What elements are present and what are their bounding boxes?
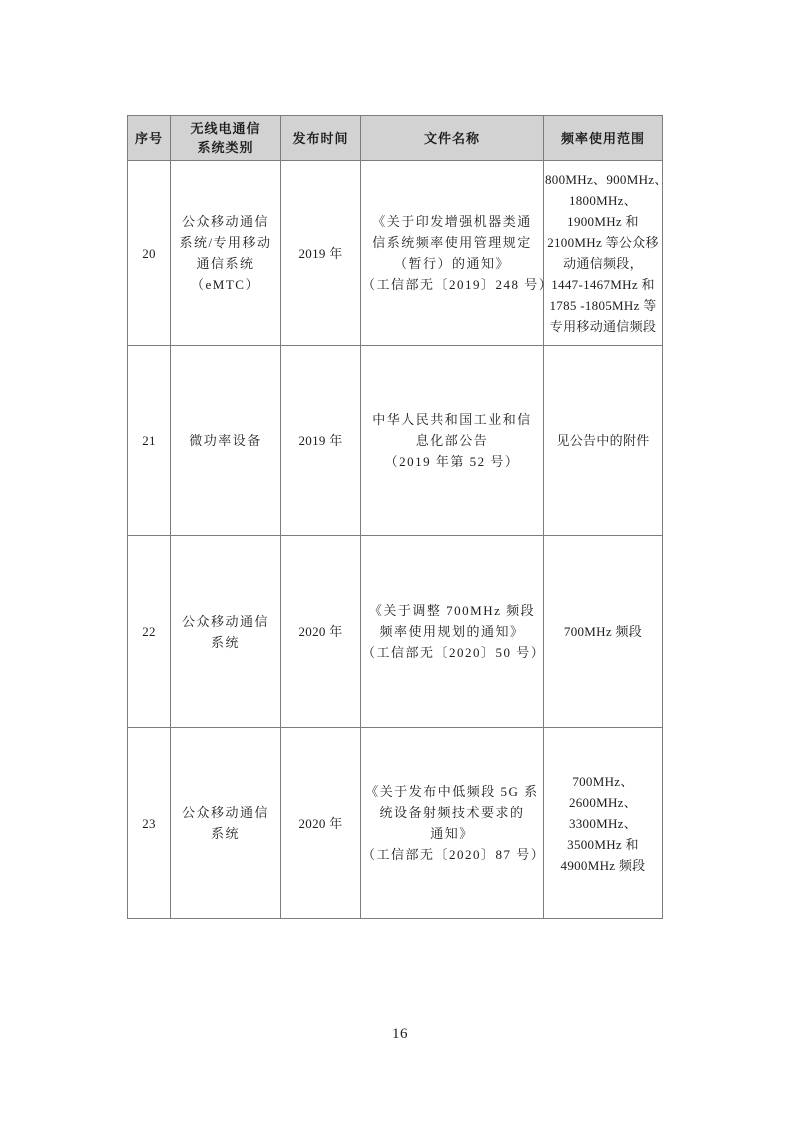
cell-doc: 中华人民共和国工业和信 息化部公告 （2019 年第 52 号） <box>361 346 544 536</box>
cell-date: 2020 年 <box>281 728 361 919</box>
cell-doc: 《关于发布中低频段 5G 系 统设备射频技术要求的 通知》 （工信部无〔2020… <box>361 728 544 919</box>
cell-no: 23 <box>128 728 171 919</box>
header-cell-doc: 文件名称 <box>361 116 544 161</box>
cell-category: 公众移动通信 系统 <box>171 536 281 728</box>
spectrum-regulation-table: 序号 无线电通信 系统类别 发布时间 文件名称 频率使用范围 20 公众移动通信… <box>127 115 663 919</box>
cell-freq: 700MHz 频段 <box>544 536 663 728</box>
header-cell-freq: 频率使用范围 <box>544 116 663 161</box>
cell-date: 2019 年 <box>281 161 361 346</box>
cell-freq: 800MHz、900MHz、 1800MHz、 1900MHz 和 2100MH… <box>544 161 663 346</box>
cell-doc: 《关于印发增强机器类通 信系统频率使用管理规定 （暂行）的通知》 （工信部无〔2… <box>361 161 544 346</box>
header-cell-date: 发布时间 <box>281 116 361 161</box>
cell-doc: 《关于调整 700MHz 频段 频率使用规划的通知》 （工信部无〔2020〕50… <box>361 536 544 728</box>
cell-no: 22 <box>128 536 171 728</box>
cell-category: 公众移动通信 系统 <box>171 728 281 919</box>
table-header-row: 序号 无线电通信 系统类别 发布时间 文件名称 频率使用范围 <box>128 116 663 161</box>
cell-category: 公众移动通信 系统/专用移动 通信系统 （eMTC） <box>171 161 281 346</box>
table-row: 22 公众移动通信 系统 2020 年 《关于调整 700MHz 频段 频率使用… <box>128 536 663 728</box>
table-row: 20 公众移动通信 系统/专用移动 通信系统 （eMTC） 2019 年 《关于… <box>128 161 663 346</box>
page-number: 16 <box>0 1026 800 1043</box>
cell-no: 20 <box>128 161 171 346</box>
header-cell-category: 无线电通信 系统类别 <box>171 116 281 161</box>
table-row: 21 微功率设备 2019 年 中华人民共和国工业和信 息化部公告 （2019 … <box>128 346 663 536</box>
table-row: 23 公众移动通信 系统 2020 年 《关于发布中低频段 5G 系 统设备射频… <box>128 728 663 919</box>
cell-date: 2019 年 <box>281 346 361 536</box>
cell-date: 2020 年 <box>281 536 361 728</box>
cell-no: 21 <box>128 346 171 536</box>
document-page: 序号 无线电通信 系统类别 发布时间 文件名称 频率使用范围 20 公众移动通信… <box>0 0 800 1131</box>
cell-freq: 见公告中的附件 <box>544 346 663 536</box>
cell-freq: 700MHz、 2600MHz、 3300MHz、 3500MHz 和 4900… <box>544 728 663 919</box>
cell-category: 微功率设备 <box>171 346 281 536</box>
header-cell-no: 序号 <box>128 116 171 161</box>
